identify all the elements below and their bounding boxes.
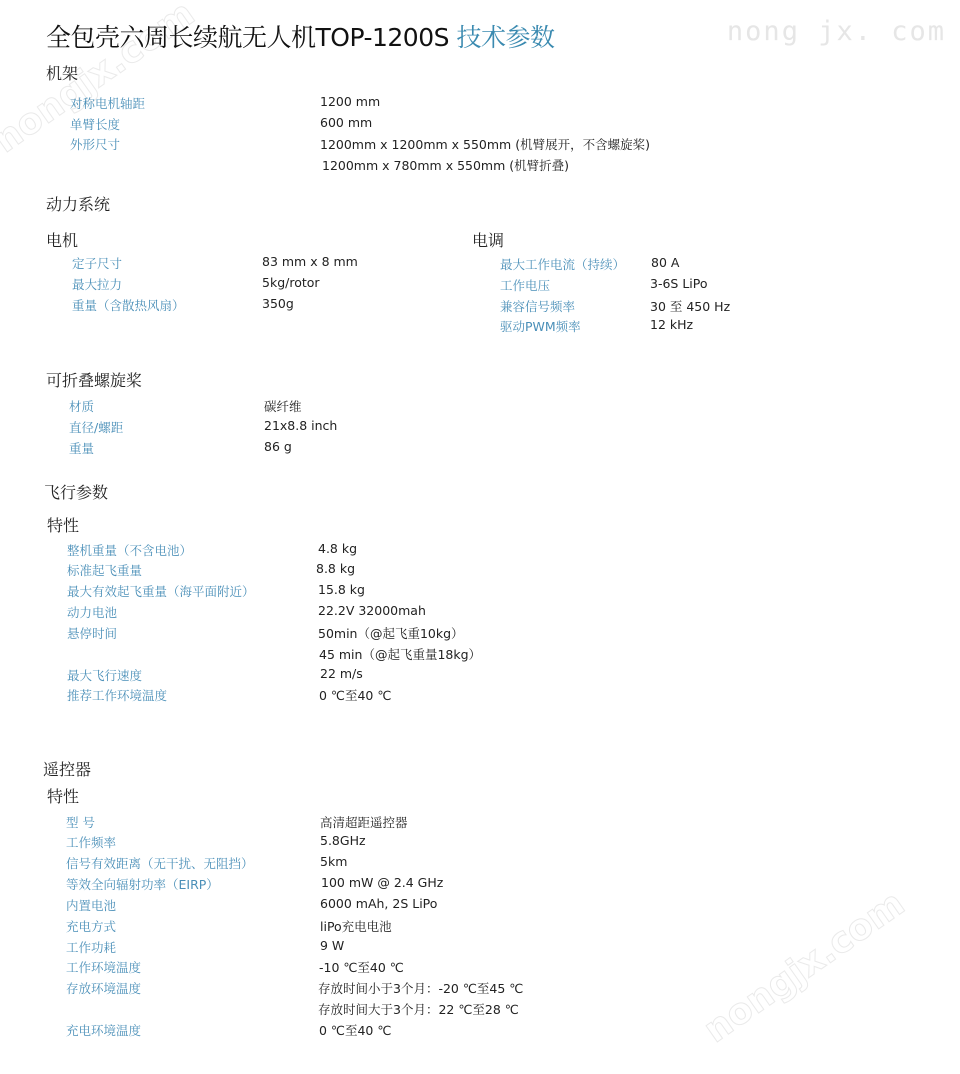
spec-value: 21x8.8 inch — [264, 418, 337, 433]
spec-label: 兼容信号频率 — [500, 297, 575, 315]
subsection-heading-flight-features: 特性 — [47, 513, 79, 536]
spec-value: 45 min（@起飞重量18kg） — [319, 645, 481, 663]
spec-value: 6000 mAh, 2S LiPo — [320, 896, 437, 911]
section-heading-power: 动力系统 — [46, 192, 110, 215]
spec-label: 工作频率 — [66, 833, 116, 851]
spec-label: 工作环境温度 — [66, 958, 141, 976]
section-heading-flight: 飞行参数 — [44, 480, 108, 503]
spec-value: 50min（@起飞重10kg） — [318, 624, 464, 642]
spec-value: 350g — [262, 296, 294, 311]
spec-label: 工作电压 — [500, 276, 550, 294]
spec-label: 信号有效距离（无干扰、无阻挡） — [66, 854, 254, 872]
spec-value: 22.2V 32000mah — [318, 603, 426, 618]
spec-label: 存放环境温度 — [66, 979, 141, 997]
spec-label: 充电方式 — [66, 917, 116, 935]
page-title: 全包壳六周长续航无人机TOP-1200S 技术参数 — [46, 18, 554, 54]
spec-label: 悬停时间 — [67, 624, 117, 642]
spec-value: 0 ℃至40 ℃ — [319, 686, 391, 704]
spec-value: liPo充电电池 — [320, 917, 392, 935]
spec-label: 外形尺寸 — [70, 135, 120, 153]
spec-label: 整机重量（不含电池） — [67, 541, 192, 559]
watermark-text: nong jx. com — [727, 16, 946, 47]
spec-value: 3-6S LiPo — [650, 276, 708, 291]
spec-label: 最大工作电流（持续） — [500, 255, 625, 273]
spec-value: 600 mm — [320, 115, 372, 130]
spec-value: 存放时间大于3个月：22 ℃至28 ℃ — [318, 1000, 519, 1018]
watermark-diagonal: nongjx.com — [696, 883, 912, 1051]
spec-label: 动力电池 — [67, 603, 117, 621]
spec-value: 15.8 kg — [318, 582, 365, 597]
spec-label: 充电环境温度 — [66, 1021, 141, 1039]
spec-label: 定子尺寸 — [72, 254, 122, 272]
spec-value: 1200 mm — [320, 94, 380, 109]
section-heading-propeller: 可折叠螺旋桨 — [46, 368, 142, 391]
spec-label: 最大飞行速度 — [67, 666, 142, 684]
spec-label: 直径/螺距 — [69, 418, 123, 436]
spec-label: 推荐工作环境温度 — [67, 686, 167, 704]
spec-value: 5km — [320, 854, 347, 869]
spec-label: 等效全向辐射功率（EIRP） — [66, 875, 219, 893]
spec-label: 工作功耗 — [66, 938, 116, 956]
section-heading-frame: 机架 — [46, 61, 78, 84]
subsection-heading-motor: 电机 — [46, 228, 78, 251]
spec-value: 5.8GHz — [320, 833, 366, 848]
spec-label: 内置电池 — [66, 896, 116, 914]
spec-value: 9 W — [320, 938, 344, 953]
spec-value: 80 A — [651, 255, 679, 270]
spec-label: 重量 — [69, 439, 94, 457]
spec-value: 100 mW @ 2.4 GHz — [321, 875, 443, 890]
spec-value: 4.8 kg — [318, 541, 357, 556]
spec-label: 驱动PWM频率 — [500, 317, 581, 335]
spec-value: 高清超距遥控器 — [320, 813, 408, 831]
spec-value: 12 kHz — [650, 317, 693, 332]
spec-value: 83 mm x 8 mm — [262, 254, 358, 269]
spec-label: 单臂长度 — [70, 115, 120, 133]
spec-value: -10 ℃至40 ℃ — [319, 958, 404, 976]
spec-value: 86 g — [264, 439, 292, 454]
spec-value: 5kg/rotor — [262, 275, 320, 290]
spec-label: 最大有效起飞重量（海平面附近） — [67, 582, 255, 600]
spec-value: 碳纤维 — [264, 397, 302, 415]
subsection-heading-remote-features: 特性 — [47, 784, 79, 807]
spec-value: 1200mm x 780mm x 550mm (机臂折叠) — [322, 156, 569, 174]
spec-label: 最大拉力 — [72, 275, 122, 293]
spec-label: 材质 — [69, 397, 94, 415]
spec-value: 22 m/s — [320, 666, 363, 681]
section-heading-remote: 遥控器 — [43, 757, 91, 780]
spec-label: 型 号 — [66, 813, 95, 831]
subsection-heading-esc: 电调 — [472, 228, 504, 251]
title-accent: 技术参数 — [456, 23, 554, 52]
spec-label: 对称电机轴距 — [70, 94, 145, 112]
spec-label: 重量（含散热风扇） — [72, 296, 185, 314]
spec-value: 8.8 kg — [316, 561, 355, 576]
spec-value: 1200mm x 1200mm x 550mm (机臂展开，不含螺旋桨) — [320, 135, 650, 153]
title-main: 全包壳六周长续航无人机TOP-1200S — [46, 23, 449, 52]
spec-label: 标准起飞重量 — [67, 561, 142, 579]
spec-value: 存放时间小于3个月：-20 ℃至45 ℃ — [318, 979, 523, 997]
spec-value: 0 ℃至40 ℃ — [319, 1021, 391, 1039]
spec-value: 30 至 450 Hz — [650, 297, 730, 315]
